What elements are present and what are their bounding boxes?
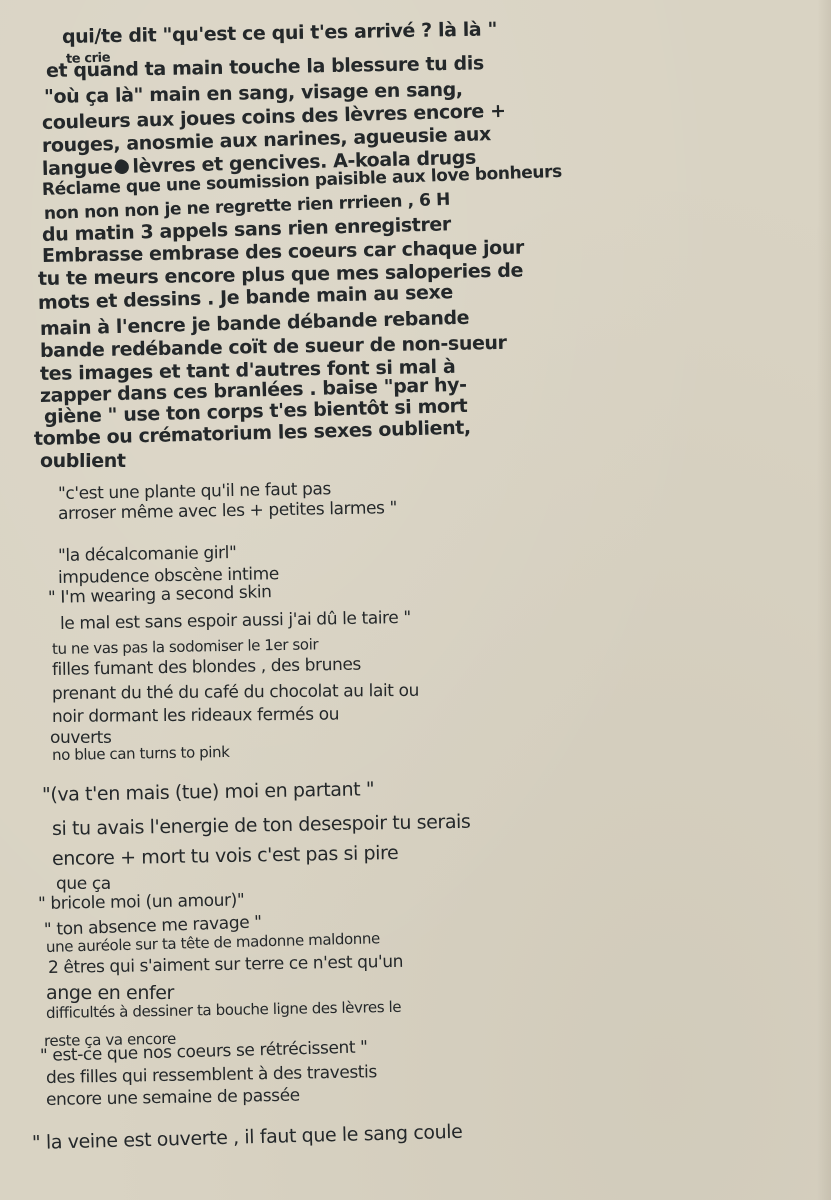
- text-line: que ça: [56, 874, 111, 894]
- text-line: oublient: [40, 450, 126, 472]
- text-line: noir dormant les rideaux fermés ou: [52, 704, 339, 727]
- text-line: encore une semaine de passée: [46, 1086, 300, 1110]
- quote-line: " la veine est ouverte , il faut que le …: [32, 1121, 463, 1154]
- text-line: si tu avais l'energie de ton desespoir t…: [52, 811, 471, 840]
- text-line: le mal est sans espoir aussi j'ai dû le …: [60, 608, 411, 634]
- text-line: encore + mort tu vois c'est pas si pire: [52, 842, 399, 870]
- handwritten-page: qui/te dit "qu'est ce qui t'es arrivé ? …: [0, 0, 831, 1200]
- text-line: no blue can turns to pink: [52, 743, 230, 764]
- text-fragment: langue: [42, 156, 113, 180]
- quote-line: " bricole moi (un amour)": [38, 890, 245, 914]
- ink-blot-icon: [113, 158, 131, 176]
- text-line: des filles qui ressemblent à des travest…: [46, 1062, 377, 1088]
- text-line: 2 êtres qui s'aiment sur terre ce n'est …: [48, 952, 403, 978]
- text-line: tu ne vas pas la sodomiser le 1er soir: [52, 635, 318, 658]
- text-line: qui/te dit "qu'est ce qui t'es arrivé ? …: [62, 18, 497, 48]
- text-line: "la décalcomanie girl": [58, 543, 237, 566]
- text-line: prenant du thé du café du chocolat au la…: [52, 681, 419, 704]
- text-line: filles fumant des blondes , des brunes: [52, 655, 361, 680]
- text-line: ange en enfer: [46, 982, 174, 1004]
- text-line: et quand ta main touche la blessure tu d…: [46, 52, 484, 82]
- quote-line: "(va t'en mais (tue) moi en partant ": [42, 778, 375, 806]
